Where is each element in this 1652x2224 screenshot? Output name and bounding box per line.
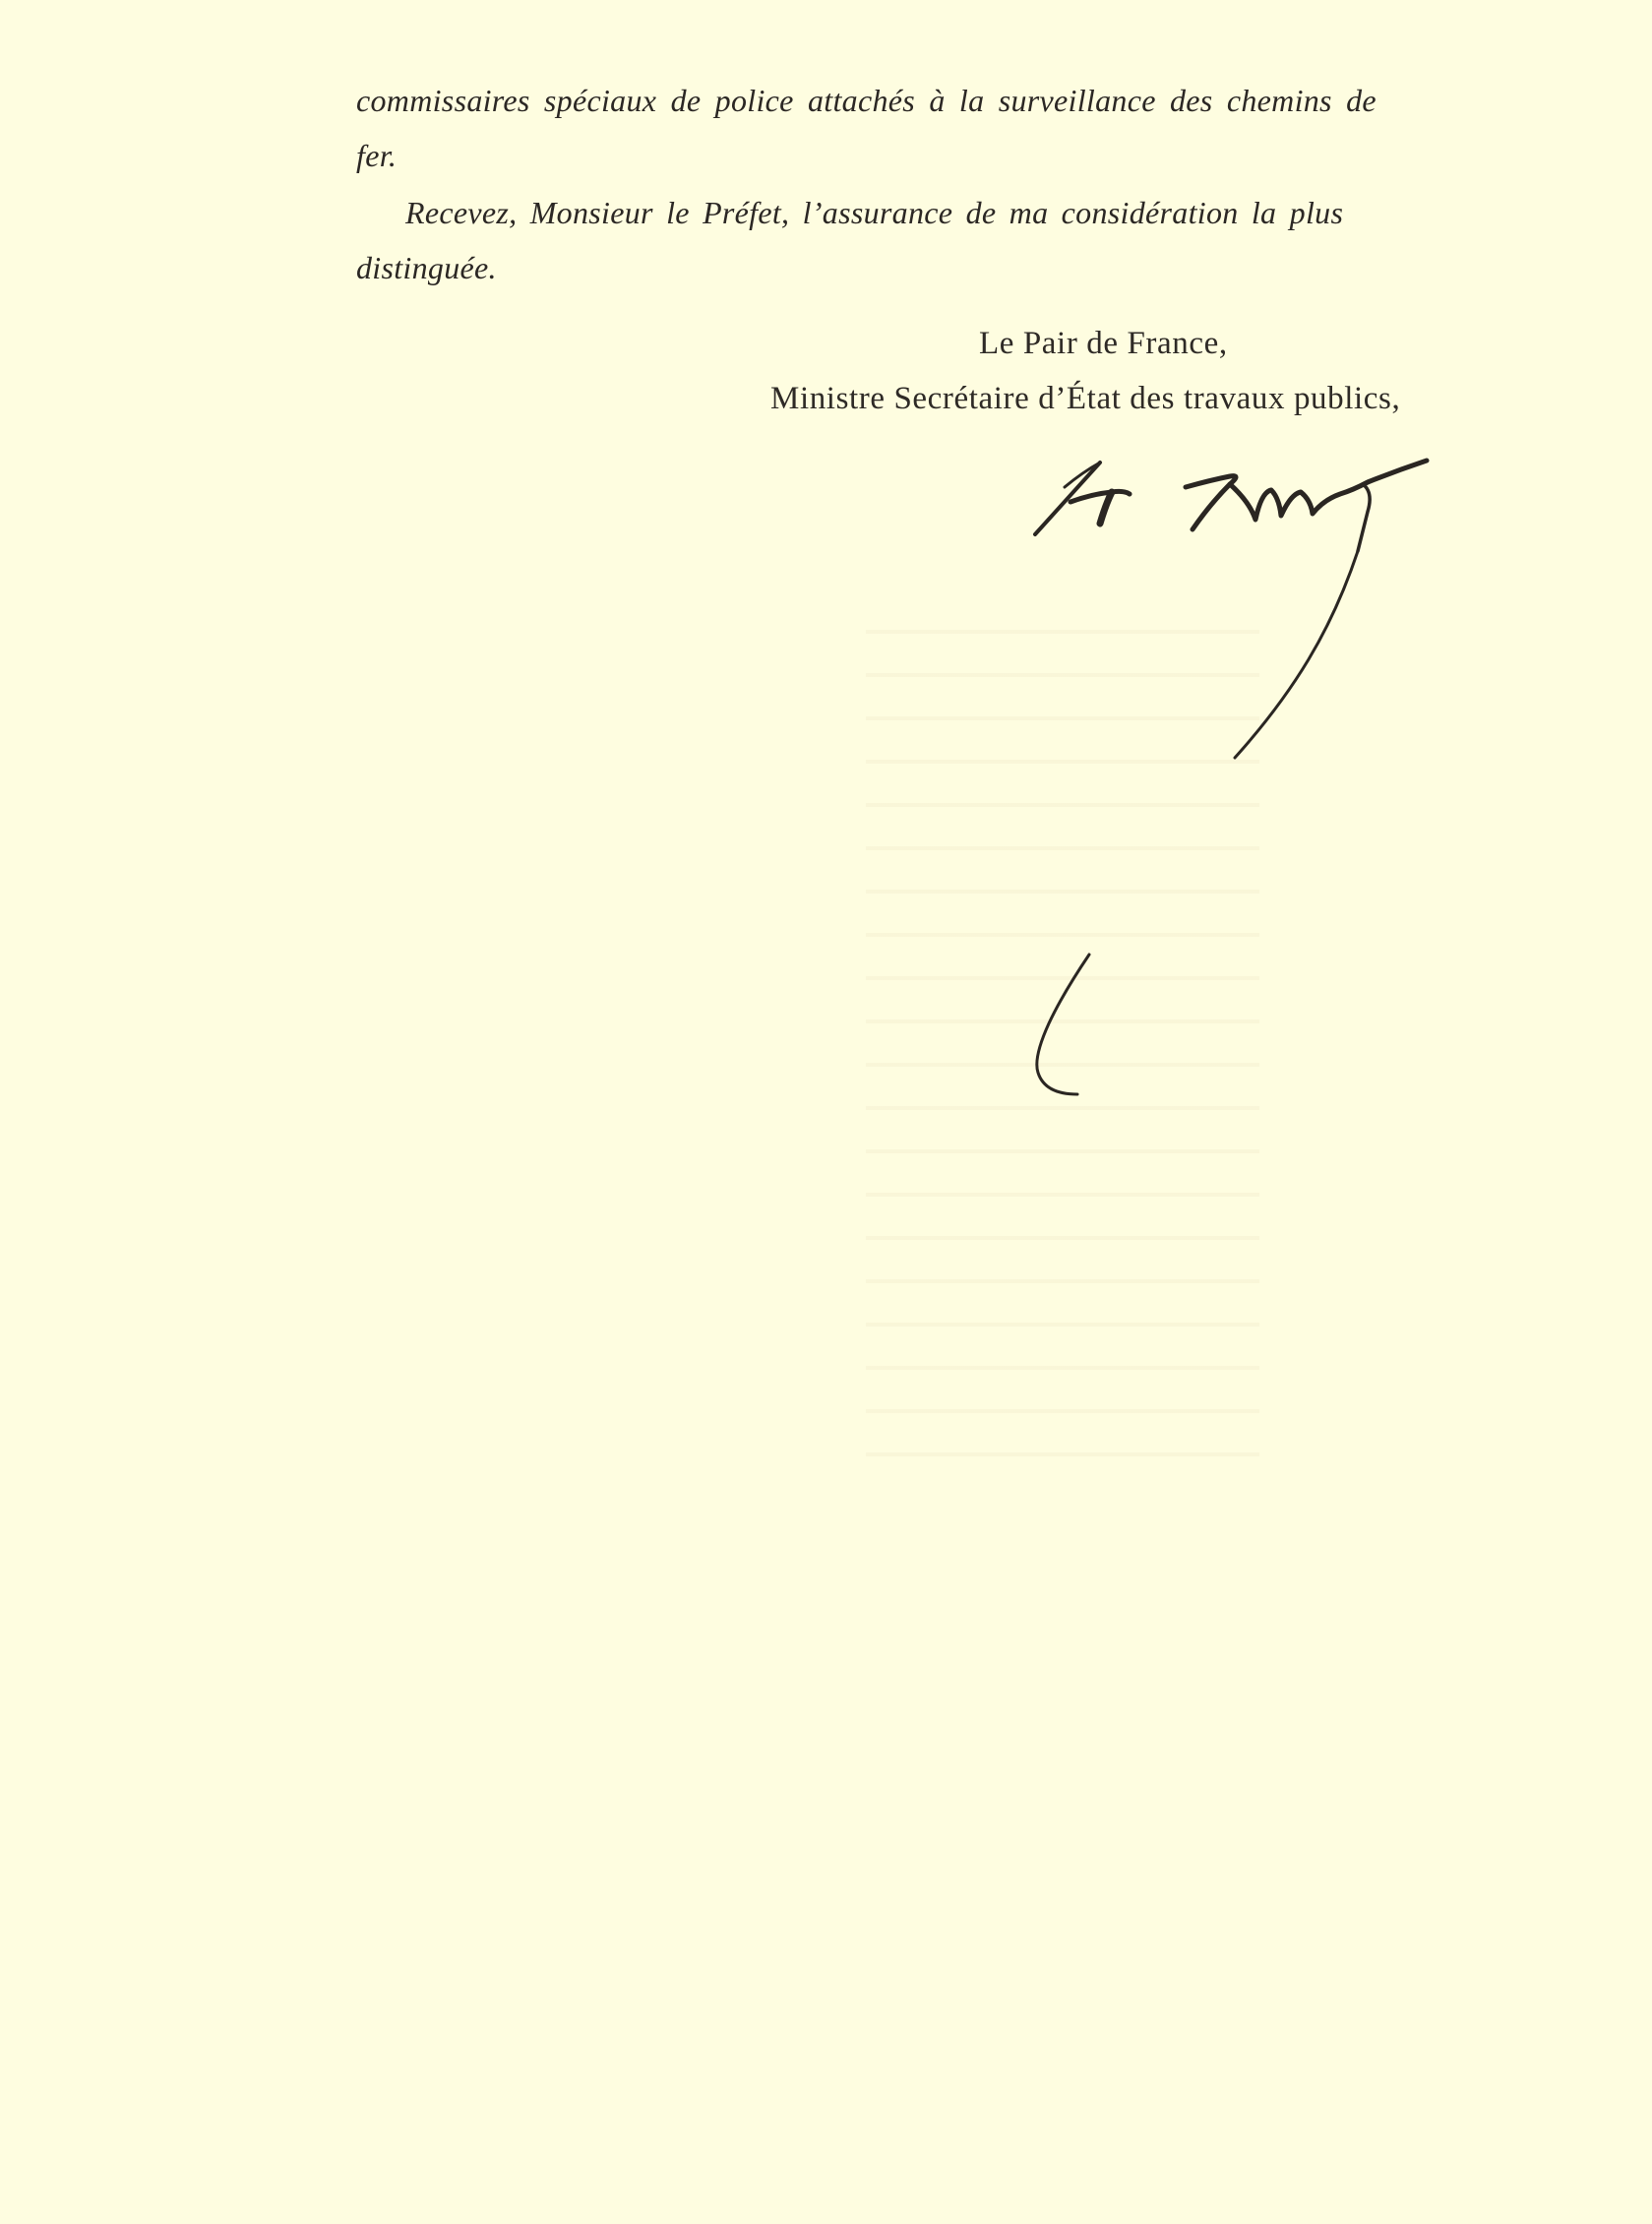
paragraph-end-line-2: fer.: [356, 138, 1522, 174]
paragraph-end-line-1: commissaires spéciaux de police attachés…: [356, 83, 1522, 119]
paraph-icon: [984, 945, 1161, 1102]
salutation-line-2: distinguée.: [356, 250, 1522, 286]
document-page: commissaires spéciaux de police attachés…: [0, 0, 1652, 2224]
signature-icon: [984, 433, 1476, 787]
closing-title-line-1: Le Pair de France,: [979, 326, 1228, 362]
salutation-line-1: Recevez, Monsieur le Préfet, l’assurance…: [405, 195, 1571, 231]
closing-title-line-2: Ministre Secrétaire d’État des travaux p…: [770, 381, 1400, 417]
